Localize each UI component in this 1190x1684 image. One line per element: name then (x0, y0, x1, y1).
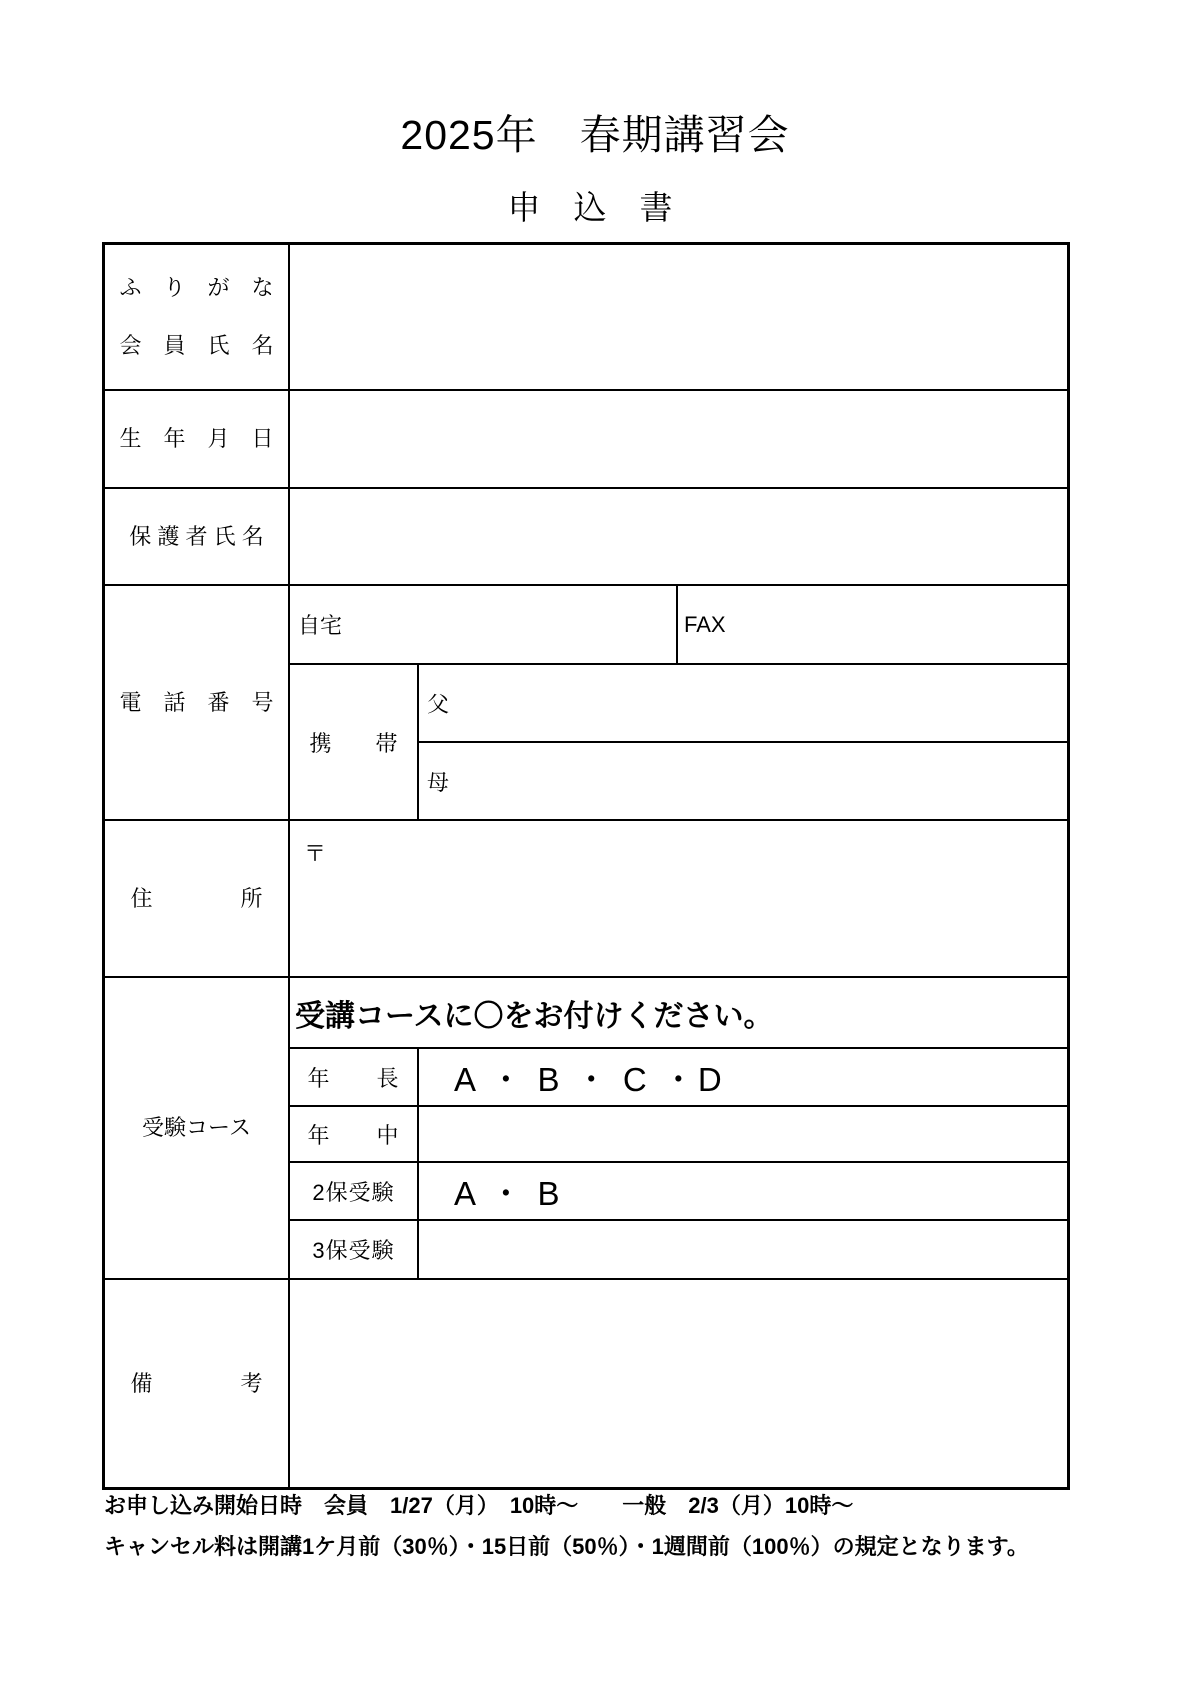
birthdate-label-cell: 生 年 月 日 (105, 391, 290, 487)
course-row-nenchu-options[interactable] (419, 1107, 1067, 1161)
phone-label: 電 話 番 号 (119, 688, 273, 718)
address-label: 住 所 (130, 884, 262, 914)
course-row-3ho: 3保受験 (290, 1221, 1067, 1278)
application-start-note: お申し込み開始日時 会員 1/27（月） 10時～ 一般 2/3（月）10時～ (104, 1492, 853, 1520)
cancellation-policy-note: キャンセル料は開講1ケ月前（30％）・15日前（50％）・1週間前（100％）の… (104, 1533, 1029, 1561)
guardian-label: 保 護 者 氏 名 (129, 522, 263, 552)
row-member-name: ふ り が な 会 員 氏 名 (105, 245, 1067, 391)
phone-label-cell: 電 話 番 号 (105, 586, 290, 819)
course-content: 受講コースに〇をお付けください。 年 長 A ・ B ・ C ・D 年 中 2保… (290, 978, 1067, 1278)
home-phone-label: 自宅 (298, 609, 342, 640)
phone-content: 自宅 FAX 携 帯 父 (290, 586, 1067, 819)
remarks-label: 備 考 (130, 1369, 262, 1399)
course-instruction: 受講コースに〇をお付けください。 (290, 978, 1067, 1049)
birthdate-input-area[interactable] (290, 391, 1067, 487)
row-remarks: 備 考 (105, 1280, 1067, 1487)
mother-label: 母 (427, 766, 449, 797)
member-name-label-cell: ふ り が な 会 員 氏 名 (105, 245, 290, 389)
course-row-nencho-options[interactable]: A ・ B ・ C ・D (419, 1049, 1067, 1105)
course-label: 受験コース (142, 1113, 251, 1143)
row-course: 受験コース 受講コースに〇をお付けください。 年 長 A ・ B ・ C ・D … (105, 978, 1067, 1280)
postal-mark: 〒 (304, 841, 326, 866)
father-mobile-input-area[interactable]: 父 (419, 665, 1067, 743)
course-row-2ho: 2保受験 A ・ B (290, 1163, 1067, 1221)
fax-input-area[interactable]: FAX (678, 586, 1067, 663)
course-row-2ho-label: 2保受験 (290, 1163, 419, 1219)
page-title: 2025年 春期講習会 (0, 102, 1190, 161)
remarks-label-cell: 備 考 (105, 1280, 290, 1487)
course-row-3ho-label: 3保受験 (290, 1221, 419, 1278)
course-row-2ho-options[interactable]: A ・ B (419, 1163, 1067, 1219)
mother-mobile-input-area[interactable]: 母 (419, 743, 1067, 819)
application-form-table: ふ り が な 会 員 氏 名 生 年 月 日 保 護 者 氏 名 電 話 番 … (102, 242, 1070, 1490)
course-label-cell: 受験コース (105, 978, 290, 1278)
application-form-page: 2025年 春期講習会 申 込 書 ふ り が な 会 員 氏 名 生 年 月 … (0, 0, 1190, 1684)
guardian-label-cell: 保 護 者 氏 名 (105, 489, 290, 584)
row-guardian: 保 護 者 氏 名 (105, 489, 1067, 586)
row-birthdate: 生 年 月 日 (105, 391, 1067, 489)
member-name-input-area[interactable] (290, 245, 1067, 389)
address-label-cell: 住 所 (105, 821, 290, 976)
course-row-nencho: 年 長 A ・ B ・ C ・D (290, 1049, 1067, 1107)
course-row-nenchu-label: 年 中 (290, 1107, 419, 1161)
remarks-input-area[interactable] (290, 1280, 1067, 1487)
course-row-nenchu: 年 中 (290, 1107, 1067, 1163)
row-phone: 電 話 番 号 自宅 FAX 携 帯 (105, 586, 1067, 821)
mobile-label: 携 帯 (309, 727, 397, 758)
furigana-label: ふ り が な (119, 273, 273, 303)
home-phone-input-area[interactable]: 自宅 (290, 586, 678, 663)
father-label: 父 (427, 688, 449, 719)
address-input-area[interactable]: 〒 (290, 821, 1067, 976)
member-name-label: 会 員 氏 名 (119, 331, 273, 361)
course-row-nencho-label: 年 長 (290, 1049, 419, 1105)
fax-label: FAX (684, 612, 726, 638)
form-subtitle: 申 込 書 (0, 182, 1180, 229)
course-row-3ho-options[interactable] (419, 1221, 1067, 1278)
mobile-label-cell: 携 帯 (290, 665, 419, 819)
birthdate-label: 生 年 月 日 (119, 424, 273, 454)
guardian-input-area[interactable] (290, 489, 1067, 584)
row-address: 住 所 〒 (105, 821, 1067, 978)
